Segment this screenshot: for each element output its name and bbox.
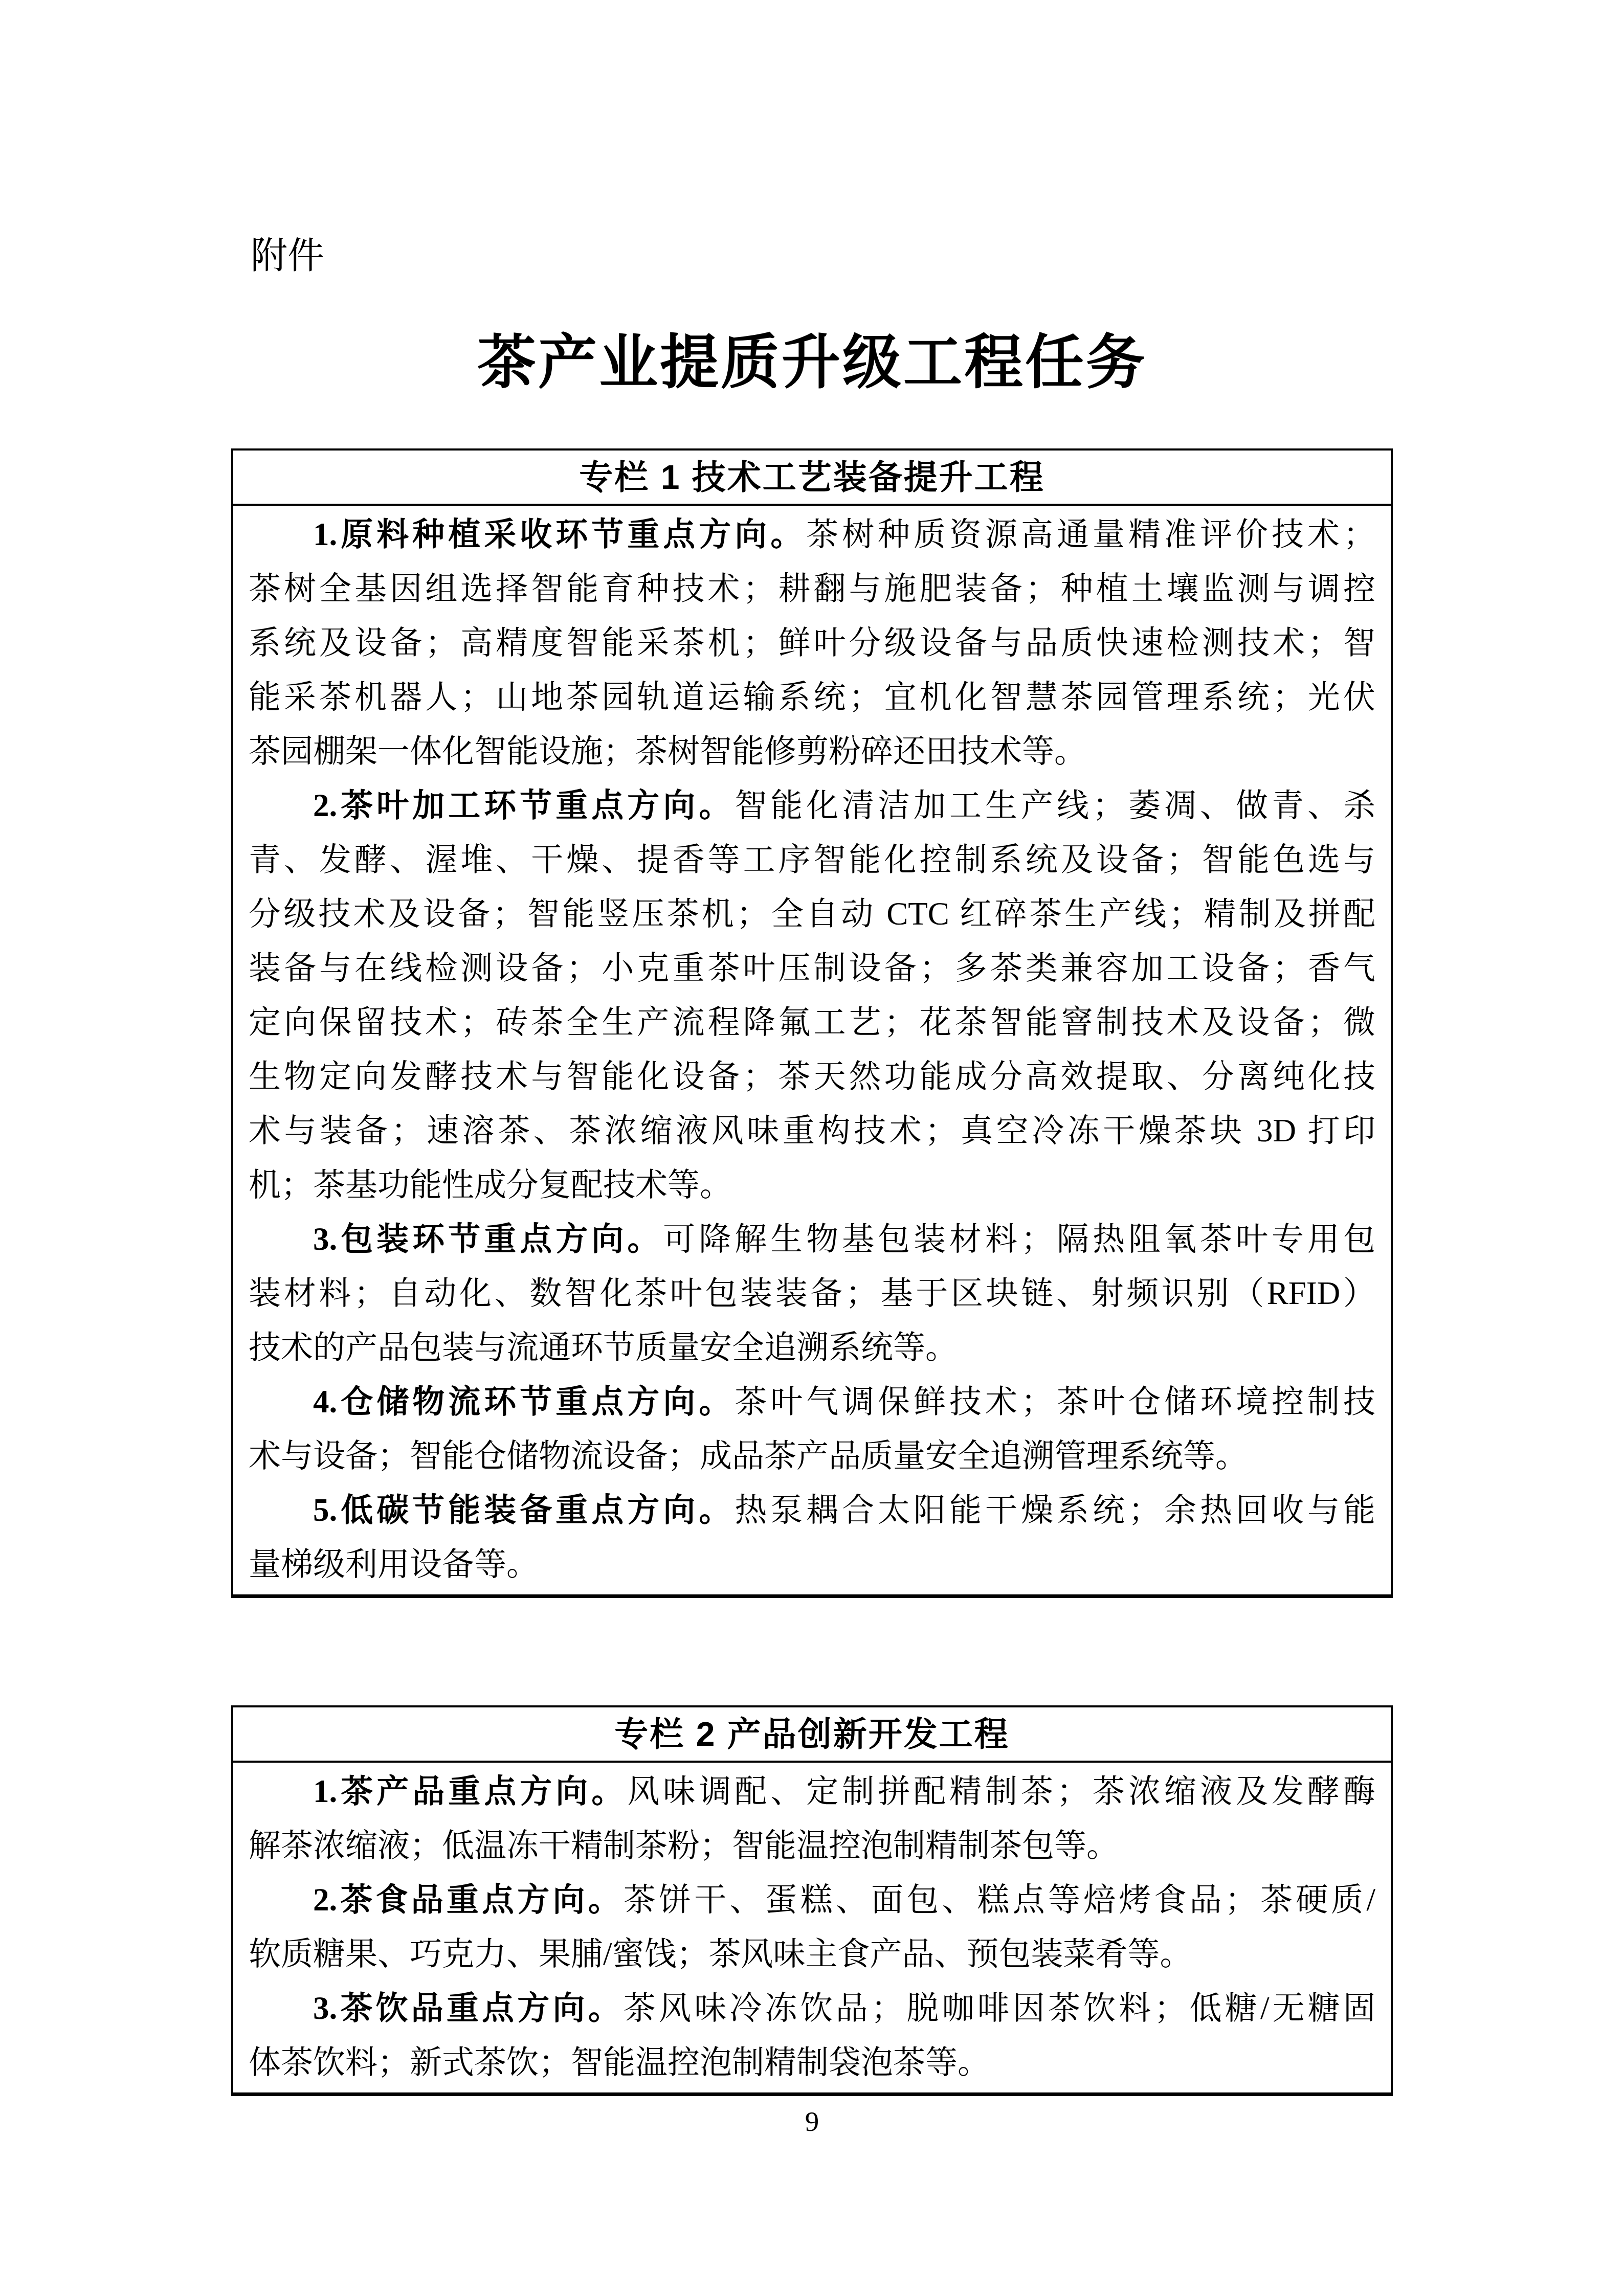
column-box-body: 1.原料种植采收环节重点方向。茶树种质资源高通量精准评价技术；茶树全基因组选择智… [233, 506, 1391, 1594]
column-box-header: 专栏 2 产品创新开发工程 [233, 1707, 1391, 1763]
text-line: 1.茶产品重点方向。风味调配、定制拼配精制茶；茶浓缩液及发酵酶 [249, 1764, 1375, 1818]
text-line: 茶树全基因组选择智能育种技术；耕翻与施肥装备；种植土壤监测与调控 [249, 561, 1375, 616]
text-line: 5.低碳节能装备重点方向。热泵耦合太阳能干燥系统；余热回收与能 [249, 1483, 1375, 1537]
text-line: 青、发酵、渥堆、干燥、提香等工序智能化控制系统及设备；智能色选与 [249, 832, 1375, 887]
paragraph-lead: 2.茶叶加工环节重点方向。 [313, 787, 735, 823]
paragraph-lead: 2.茶食品重点方向。 [313, 1882, 624, 1918]
text-line: 茶园棚架一体化智能设施；茶树智能修剪粉碎还田技术等。 [249, 724, 1375, 778]
column-box-header: 专栏 1 技术工艺装备提升工程 [233, 451, 1391, 506]
column-box-2: 专栏 2 产品创新开发工程1.茶产品重点方向。风味调配、定制拼配精制茶；茶浓缩液… [231, 1705, 1393, 2096]
text-line: 系统及设备；高精度智能采茶机；鲜叶分级设备与品质快速检测技术；智 [249, 616, 1375, 670]
page-title: 茶产业提质升级工程任务 [0, 325, 1624, 401]
text-line: 1.原料种植采收环节重点方向。茶树种质资源高通量精准评价技术； [249, 507, 1375, 561]
text-line: 2.茶食品重点方向。茶饼干、蛋糕、面包、糕点等焙烤食品；茶硬质/ [249, 1873, 1375, 1927]
text-line: 软质糖果、巧克力、果脯/蜜饯；茶风味主食产品、预包装菜肴等。 [249, 1927, 1375, 1981]
text-line: 生物定向发酵技术与智能化设备；茶天然功能成分高效提取、分离纯化技 [249, 1049, 1375, 1104]
paragraph-lead: 5.低碳节能装备重点方向。 [313, 1492, 735, 1528]
column-box-1: 专栏 1 技术工艺装备提升工程1.原料种植采收环节重点方向。茶树种质资源高通量精… [231, 448, 1393, 1598]
text-line: 机；茶基功能性成分复配技术等。 [249, 1158, 1375, 1212]
boxes-container: 专栏 1 技术工艺装备提升工程1.原料种植采收环节重点方向。茶树种质资源高通量精… [231, 448, 1393, 2096]
paragraph-lead: 3.茶饮品重点方向。 [313, 1990, 624, 2026]
document-page: 附件 茶产业提质升级工程任务 专栏 1 技术工艺装备提升工程1.原料种植采收环节… [0, 0, 1624, 2296]
page-number: 9 [0, 2104, 1624, 2140]
text-line: 3.茶饮品重点方向。茶风味冷冻饮品；脱咖啡因茶饮料；低糖/无糖固 [249, 1981, 1375, 2035]
attachment-label: 附件 [251, 233, 1624, 279]
paragraph-lead: 4.仓储物流环节重点方向。 [313, 1384, 735, 1420]
text-line: 2.茶叶加工环节重点方向。智能化清洁加工生产线；萎凋、做青、杀 [249, 778, 1375, 832]
text-line: 定向保留技术；砖茶全生产流程降氟工艺；花茶智能窨制技术及设备；微 [249, 995, 1375, 1049]
text-line: 3.包装环节重点方向。可降解生物基包装材料；隔热阻氧茶叶专用包 [249, 1212, 1375, 1266]
text-line: 术与装备；速溶茶、茶浓缩液风味重构技术；真空冷冻干燥茶块 3D 打印 [249, 1104, 1375, 1158]
text-line: 解茶浓缩液；低温冻干精制茶粉；智能温控泡制精制茶包等。 [249, 1818, 1375, 1873]
text-line: 技术的产品包装与流通环节质量安全追溯系统等。 [249, 1320, 1375, 1375]
text-line: 能采茶机器人；山地茶园轨道运输系统；宜机化智慧茶园管理系统；光伏 [249, 670, 1375, 724]
text-line: 术与设备；智能仓储物流设备；成品茶产品质量安全追溯管理系统等。 [249, 1429, 1375, 1483]
paragraph-lead: 3.包装环节重点方向。 [313, 1221, 663, 1257]
text-line: 装材料；自动化、数智化茶叶包装装备；基于区块链、射频识别（RFID） [249, 1266, 1375, 1320]
text-line: 量梯级利用设备等。 [249, 1537, 1375, 1591]
text-line: 体茶饮料；新式茶饮；智能温控泡制精制袋泡茶等。 [249, 2035, 1375, 2089]
text-line: 装备与在线检测设备；小克重茶叶压制设备；多茶类兼容加工设备；香气 [249, 941, 1375, 995]
text-line: 分级技术及设备；智能竖压茶机；全自动 CTC 红碎茶生产线；精制及拼配 [249, 887, 1375, 941]
text-line: 4.仓储物流环节重点方向。茶叶气调保鲜技术；茶叶仓储环境控制技 [249, 1375, 1375, 1429]
paragraph-lead: 1.原料种植采收环节重点方向。 [313, 516, 806, 552]
column-box-body: 1.茶产品重点方向。风味调配、定制拼配精制茶；茶浓缩液及发酵酶解茶浓缩液；低温冻… [233, 1763, 1391, 2092]
paragraph-lead: 1.茶产品重点方向。 [313, 1773, 627, 1809]
